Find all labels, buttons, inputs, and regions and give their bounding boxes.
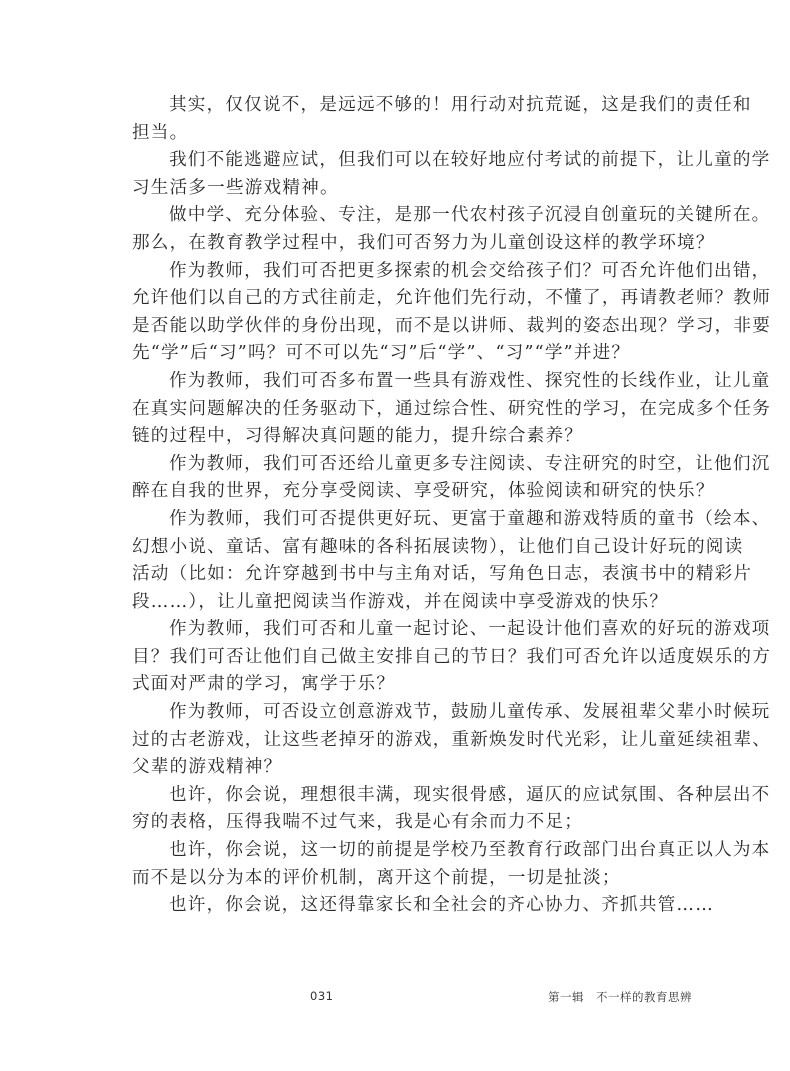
text-line: 担当。 <box>132 120 684 148</box>
paragraph: 作为教师，我们可否多布置一些具有游戏性、探究性的长线作业，让儿童在真实问题解决的… <box>132 368 684 451</box>
paragraph: 也许，你会说，理想很丰满，现实很骨感，逼仄的应试氛围、各种层出不穷的表格，压得我… <box>132 782 684 837</box>
chapter-title: 不一样的教育思辨 <box>596 990 692 1004</box>
text-line: 先“学”后“习”吗？可不可以先“习”后“学”、“习”“学”并进？ <box>132 340 684 368</box>
page-number: 031 <box>310 989 333 1003</box>
paragraph: 作为教师，我们可否还给儿童更多专注阅读、专注研究的时空，让他们沉醉在自我的世界，… <box>132 451 684 506</box>
book-page: 其实，仅仅说不，是远远不够的！用行动对抗荒诞，这是我们的责任和担当。我们不能逃避… <box>0 0 790 1071</box>
running-head: 第一辑不一样的教育思辨 <box>548 989 692 1005</box>
text-line: 式面对严肃的学习，寓学于乐？ <box>132 671 684 699</box>
text-line: 我们不能逃避应试，但我们可以在较好地应付考试的前提下，让儿童的学 <box>132 147 684 175</box>
text-line: 作为教师，我们可否把更多探索的机会交给孩子们？可否允许他们出错， <box>132 258 684 286</box>
text-line: 幻想小说、童话、富有趣味的各科拓展读物），让他们自己设计好玩的阅读 <box>132 534 684 562</box>
paragraph: 作为教师，我们可否和儿童一起讨论、一起设计他们喜欢的好玩的游戏项目？我们可否让他… <box>132 616 684 699</box>
text-line: 目？我们可否让他们自己做主安排自己的节日？我们可否允许以适度娱乐的方 <box>132 644 684 672</box>
text-line: 允许他们以自己的方式往前走，允许他们先行动，不懂了，再请教老师？教师 <box>132 285 684 313</box>
body-text: 其实，仅仅说不，是远远不够的！用行动对抗荒诞，这是我们的责任和担当。我们不能逃避… <box>132 92 684 920</box>
text-line: 段……），让儿童把阅读当作游戏，并在阅读中享受游戏的快乐？ <box>132 589 684 617</box>
text-line: 过的古老游戏，让这些老掉牙的游戏，重新焕发时代光彩，让儿童延续祖辈、 <box>132 727 684 755</box>
text-line: 作为教师，我们可否和儿童一起讨论、一起设计他们喜欢的好玩的游戏项 <box>132 616 684 644</box>
text-line: 醉在自我的世界，充分享受阅读、享受研究，体验阅读和研究的快乐？ <box>132 478 684 506</box>
text-line: 在真实问题解决的任务驱动下，通过综合性、研究性的学习，在完成多个任务 <box>132 396 684 424</box>
paragraph: 其实，仅仅说不，是远远不够的！用行动对抗荒诞，这是我们的责任和担当。 <box>132 92 684 147</box>
text-line: 作为教师，我们可否提供更好玩、更富于童趣和游戏特质的童书（绘本、 <box>132 506 684 534</box>
paragraph: 我们不能逃避应试，但我们可以在较好地应付考试的前提下，让儿童的学习生活多一些游戏… <box>132 147 684 202</box>
text-line: 父辈的游戏精神？ <box>132 754 684 782</box>
text-line: 习生活多一些游戏精神。 <box>132 175 684 203</box>
text-line: 也许，你会说，这一切的前提是学校乃至教育行政部门出台真正以人为本 <box>132 837 684 865</box>
text-line: 作为教师，我们可否还给儿童更多专注阅读、专注研究的时空，让他们沉 <box>132 451 684 479</box>
page-footer: 031 第一辑不一样的教育思辨 <box>0 987 790 1011</box>
paragraph: 做中学、充分体验、专注，是那一代农村孩子沉浸自创童玩的关键所在。那么，在教育教学… <box>132 202 684 257</box>
text-line: 活动（比如：允许穿越到书中与主角对话，写角色日志，表演书中的精彩片 <box>132 561 684 589</box>
text-line: 作为教师，我们可否多布置一些具有游戏性、探究性的长线作业，让儿童 <box>132 368 684 396</box>
text-line: 也许，你会说，理想很丰满，现实很骨感，逼仄的应试氛围、各种层出不 <box>132 782 684 810</box>
text-line: 做中学、充分体验、专注，是那一代农村孩子沉浸自创童玩的关键所在。 <box>132 202 684 230</box>
text-line: 那么，在教育教学过程中，我们可否努力为儿童创设这样的教学环境？ <box>132 230 684 258</box>
text-line: 作为教师，可否设立创意游戏节，鼓励儿童传承、发展祖辈父辈小时候玩 <box>132 699 684 727</box>
paragraph: 作为教师，我们可否把更多探索的机会交给孩子们？可否允许他们出错，允许他们以自己的… <box>132 258 684 368</box>
text-line: 链的过程中，习得解决真问题的能力，提升综合素养？ <box>132 423 684 451</box>
text-line: 穷的表格，压得我喘不过气来，我是心有余而力不足； <box>132 809 684 837</box>
paragraph: 作为教师，可否设立创意游戏节，鼓励儿童传承、发展祖辈父辈小时候玩过的古老游戏，让… <box>132 699 684 782</box>
text-line: 其实，仅仅说不，是远远不够的！用行动对抗荒诞，这是我们的责任和 <box>132 92 684 120</box>
paragraph: 作为教师，我们可否提供更好玩、更富于童趣和游戏特质的童书（绘本、幻想小说、童话、… <box>132 506 684 616</box>
section-label: 第一辑 <box>548 990 584 1004</box>
text-line: 是否能以助学伙伴的身份出现，而不是以讲师、裁判的姿态出现？学习，非要 <box>132 313 684 341</box>
text-line: 而不是以分为本的评价机制，离开这个前提，一切是扯淡； <box>132 865 684 893</box>
text-line: 也许，你会说，这还得靠家长和全社会的齐心协力、齐抓共管…… <box>132 892 684 920</box>
paragraph: 也许，你会说，这一切的前提是学校乃至教育行政部门出台真正以人为本而不是以分为本的… <box>132 837 684 892</box>
paragraph: 也许，你会说，这还得靠家长和全社会的齐心协力、齐抓共管…… <box>132 892 684 920</box>
